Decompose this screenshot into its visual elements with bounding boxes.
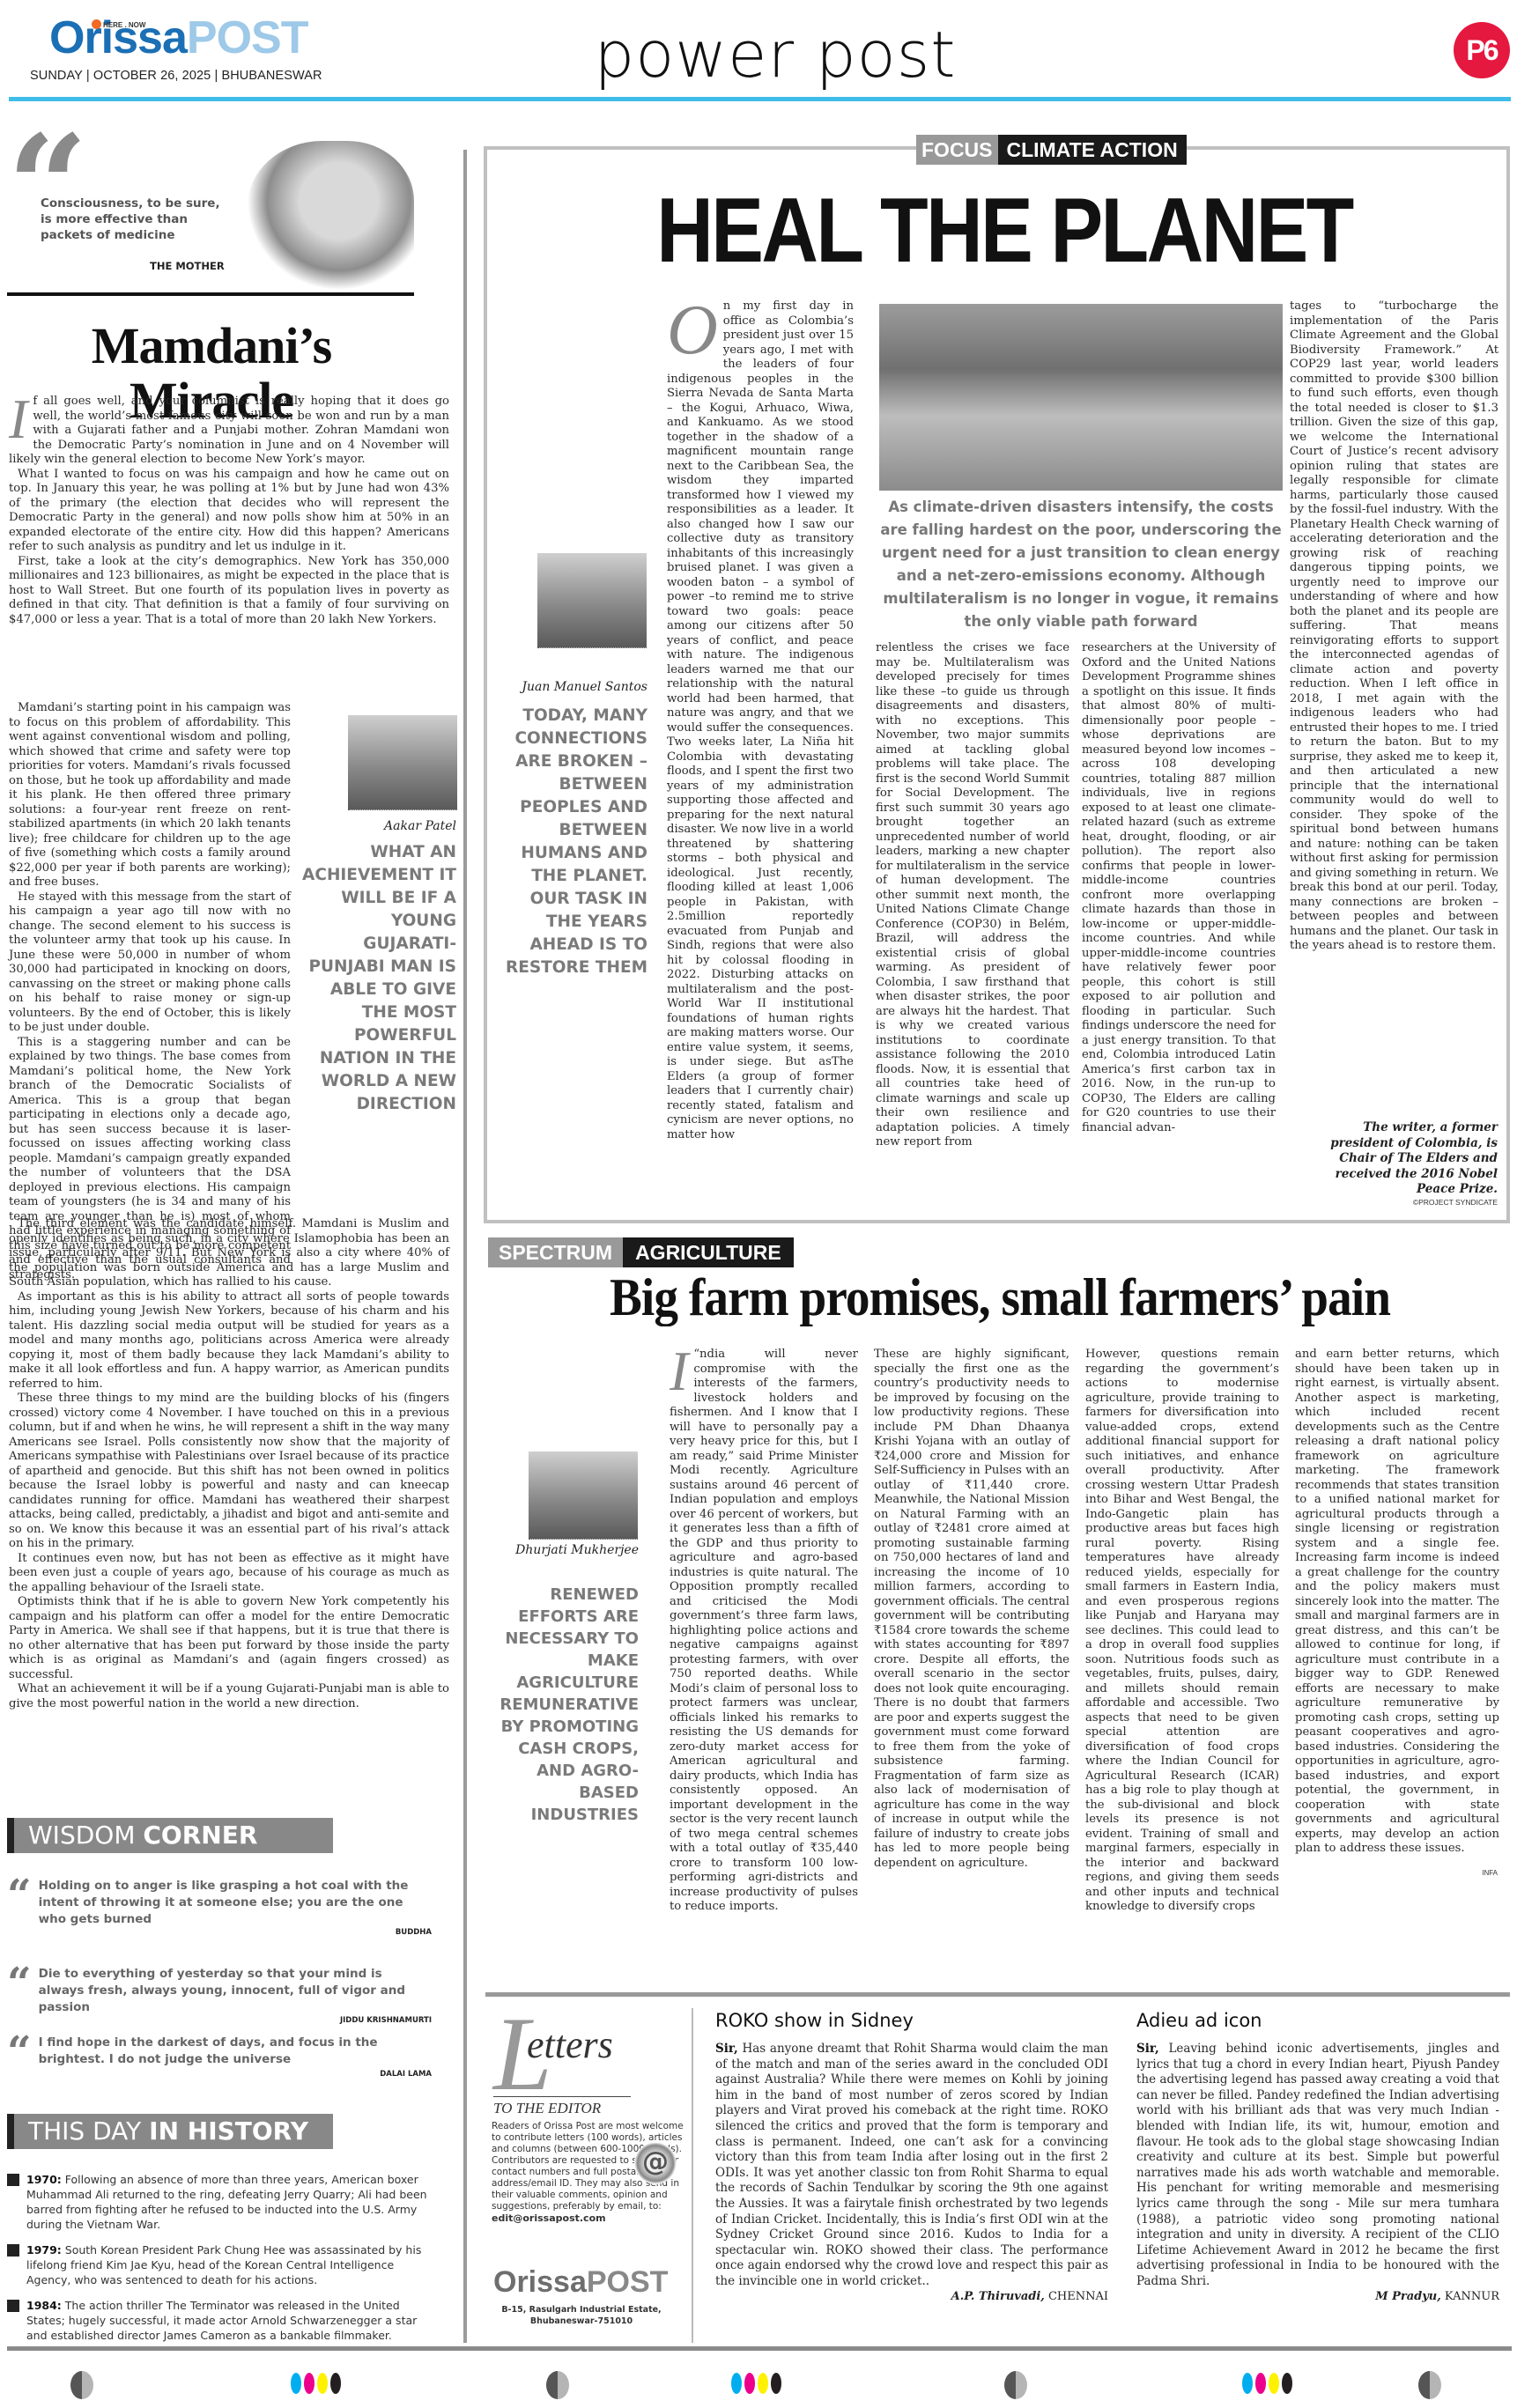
magenta-dot-icon (744, 2373, 755, 2394)
registration-mark-icon (1004, 2371, 1027, 2399)
black-dot-icon (1282, 2373, 1292, 2394)
bullet-icon (7, 2244, 19, 2257)
credit: INFA (1445, 1869, 1498, 1877)
wisdom-quote-text: I find hope in the darkest of days, and … (39, 2035, 432, 2070)
paragraph: First, take a look at the city’s demogra… (9, 555, 449, 628)
letter-title: Adieu ad icon (1136, 2010, 1499, 2031)
magenta-dot-icon (304, 2373, 314, 2394)
wisdom-quote: “ Die to everything of yesterday so that… (7, 1966, 432, 2025)
dateline: SUNDAY | OCTOBER 26, 2025 | BHUBANESWAR (30, 69, 322, 83)
quote-author: THE MOTHER (150, 260, 225, 272)
letters-underline (493, 2096, 631, 2097)
header-bold: IN HISTORY (149, 2116, 308, 2146)
climate-headline: HEAL THE PLANET (625, 187, 1383, 275)
bullet-icon (7, 2300, 19, 2312)
letters-divider (692, 2008, 693, 2343)
agri-col-1: I “ndia will never compromise with the i… (670, 1348, 858, 1915)
author-photo-aakar-patel (348, 715, 457, 810)
pull-quote: WHAT AN ACHIEVEMENT IT WILL BE IF A YOUN… (300, 841, 456, 1116)
climate-section-tag: FOCUS CLIMATE ACTION (916, 135, 1187, 165)
letter-text: Has anyone dreamt that Rohit Sharma woul… (715, 2042, 1108, 2288)
signer: A.P. Thiruvadi, (951, 2290, 1045, 2303)
mamdani-article-continued: The third element was the candidate hims… (9, 1217, 449, 1711)
agri-col-4: and earn better returns, which should ha… (1295, 1348, 1499, 1857)
quote-mark-icon: “ (7, 1878, 32, 1928)
header-bold: CORNER (143, 1821, 257, 1850)
author-name: Aakar Patel (300, 819, 456, 833)
letter-item: ROKO show in Sidney Sir, Has anyone drea… (715, 2010, 1108, 2303)
history-item: 1970: Following an absence of more than … (7, 2172, 439, 2232)
dropcap: I (670, 1349, 688, 1393)
photo-caption: As climate-driven disasters intensify, t… (879, 496, 1283, 633)
paragraph: He stayed with this message from the sta… (9, 890, 291, 1036)
quote-rule (7, 292, 414, 296)
history-item: 1984: The action thriller The Terminator… (7, 2298, 439, 2343)
wisdom-quote-author: DALAI LAMA (7, 2070, 432, 2079)
cmyk-marks (1242, 2373, 1292, 2394)
orissapost-footer-logo: OrissaPOST (493, 2265, 668, 2300)
paragraph: It continues even now, but has not been … (9, 1552, 449, 1596)
letter-body: Sir, Has anyone dreamt that Rohit Sharma… (715, 2042, 1108, 2290)
author-name: Dhurjati Mukherjee (493, 1543, 639, 1557)
letter-item: Adieu ad icon Sir, Leaving behind iconic… (1136, 2010, 1499, 2303)
wisdom-quote-text: Holding on to anger is like grasping a h… (39, 1878, 432, 1928)
black-dot-icon (771, 2373, 781, 2394)
header-light: WISDOM (28, 1821, 143, 1850)
climate-col-4: tages to “turbocharge the implementation… (1290, 299, 1498, 954)
paragraph: These three things to my mind are the bu… (9, 1392, 449, 1552)
pull-quote: RENEWED EFFORTS ARE NECESSARY TO MAKE AG… (493, 1584, 639, 1826)
orissapost-logo[interactable]: OrissaPOST (49, 16, 307, 60)
logo-dot-icon (92, 19, 101, 29)
black-dot-icon (330, 2373, 341, 2394)
climate-col-1: O n my first day in office as Colombia’s… (667, 299, 854, 1142)
paragraph: The third element was the candidate hims… (9, 1217, 449, 1290)
logo-primary: Orissa (49, 12, 187, 63)
section-title: power post (564, 19, 987, 90)
yellow-dot-icon (1269, 2373, 1279, 2394)
wisdom-quote-author: BUDDHA (7, 1928, 432, 1937)
letter-title: ROKO show in Sidney (715, 2010, 1108, 2031)
registration-mark-icon (1418, 2371, 1441, 2399)
history-text: South Korean President Park Chung Hee wa… (26, 2243, 421, 2286)
letters-email-link[interactable]: edit@orissapost.com (492, 2212, 685, 2224)
yellow-dot-icon (758, 2373, 768, 2394)
paragraph: What an achievement it will be if a youn… (9, 1682, 449, 1711)
wisdom-quote: “ I find hope in the darkest of days, an… (7, 2035, 432, 2079)
bullet-icon (7, 2174, 19, 2186)
page-number-badge: P6 (1454, 22, 1510, 78)
pull-quote: TODAY, MANY CONNECTIONS ARE BROKEN – BET… (502, 705, 647, 979)
author-name: Juan Manuel Santos (493, 680, 647, 694)
cyan-dot-icon (1242, 2373, 1253, 2394)
author-photo-the-mother (247, 141, 414, 291)
paragraph: Optimists think that if he is able to go… (9, 1595, 449, 1682)
letter-body: Sir, Leaving behind iconic advertisement… (1136, 2042, 1499, 2290)
tag-topic: CLIMATE ACTION (998, 135, 1187, 165)
wisdom-corner-header: WISDOM CORNER (7, 1818, 333, 1853)
column-divider (463, 150, 467, 2343)
agri-headline: Big farm promises, small farmers’ pain (534, 1268, 1466, 1326)
header-rule (9, 97, 1511, 101)
climate-col-2: relentless the crises we face may be. Mu… (876, 641, 1069, 1150)
logo-primary: Orissa (493, 2265, 587, 2299)
wisdom-quote-author: JIDDU KRISHNAMURTI (7, 2016, 432, 2025)
letter-signature: M Pradyu, KANNUR (1136, 2290, 1499, 2303)
wisdom-quote-text: Die to everything of yesterday so that y… (39, 1966, 432, 2016)
history-list: 1970: Following an absence of more than … (7, 2172, 439, 2343)
dropcap: I (9, 396, 27, 442)
letters-rule (485, 1992, 1510, 1997)
letter-text: Leaving behind iconic advertisements, ji… (1136, 2042, 1499, 2288)
history-text: Following an absence of more than three … (26, 2173, 427, 2231)
header-light: THIS DAY (28, 2116, 149, 2146)
paragraph: What I wanted to focus on was his campai… (9, 468, 449, 555)
mamdani-article-intro: I f all goes well, and your columnist is… (9, 395, 449, 627)
email-at-icon: @ (634, 2142, 677, 2184)
magenta-dot-icon (1255, 2373, 1266, 2394)
credit: ©PROJECT SYNDICATE (1374, 1198, 1498, 1207)
signer: M Pradyu, (1375, 2290, 1441, 2303)
history-item: 1979: South Korean President Park Chung … (7, 2242, 439, 2287)
author-photo-dhurjati-mukherjee (529, 1451, 638, 1540)
registration-mark-icon (70, 2371, 93, 2399)
place: KANNUR (1441, 2290, 1499, 2303)
quote-mark-icon: “ (7, 1966, 32, 2016)
place: CHENNAI (1045, 2290, 1108, 2303)
letters-logo-rest: etters (527, 2022, 613, 2067)
history-year: 1979: (26, 2243, 62, 2257)
agri-col-3: However, questions remain regarding the … (1085, 1348, 1279, 1915)
logo-secondary: POST (187, 12, 308, 63)
climate-col-3: researchers at the University of Oxford … (1082, 641, 1276, 1135)
this-day-header: THIS DAY IN HISTORY (7, 2114, 333, 2149)
letters-address: B-15, Rasulgarh Industrial Estate, Bhuba… (493, 2304, 670, 2327)
history-year: 1984: (26, 2299, 62, 2312)
letter-salutation: Sir, (715, 2042, 738, 2056)
registration-mark-icon (546, 2371, 569, 2399)
cmyk-marks (731, 2373, 781, 2394)
paragraph: f all goes well, and your columnist is r… (9, 395, 449, 468)
agri-col-2: These are highly significant, specially … (874, 1348, 1069, 1871)
paragraph: As important as this is his ability to a… (9, 1290, 449, 1392)
tag-section: FOCUS (916, 135, 998, 165)
cyan-dot-icon (291, 2373, 301, 2394)
cyan-dot-icon (731, 2373, 742, 2394)
letter-signature: A.P. Thiruvadi, CHENNAI (715, 2290, 1108, 2303)
tag-section: SPECTRUM (488, 1237, 623, 1267)
mamdani-article-body: Mamdani’s starting point in his campaign… (9, 701, 291, 1282)
tag-topic: AGRICULTURE (623, 1237, 794, 1267)
yellow-dot-icon (317, 2373, 328, 2394)
dropcap: O (667, 301, 718, 359)
logo-secondary: POST (587, 2265, 669, 2299)
agri-section-tag: SPECTRUM AGRICULTURE (488, 1237, 794, 1267)
letters-subtitle: TO THE EDITOR (493, 2100, 601, 2117)
footer-rule (7, 2346, 1512, 2351)
quote-text: Consciousness, to be sure, is more effec… (41, 196, 230, 243)
writer-note: The writer, a former president of Colomb… (1304, 1120, 1498, 1198)
cmyk-marks (291, 2373, 341, 2394)
wisdom-quote: “ Holding on to anger is like grasping a… (7, 1878, 432, 1937)
quote-mark-icon: “ (7, 2035, 32, 2070)
history-year: 1970: (26, 2173, 62, 2186)
letter-salutation: Sir, (1136, 2042, 1159, 2056)
column-text: n my first day in office as Colombia’s p… (667, 299, 854, 1141)
history-text: The action thriller The Terminator was r… (26, 2299, 417, 2342)
paragraph: Mamdani’s starting point in his campaign… (9, 701, 291, 890)
author-photo-juan-manuel-santos (537, 553, 647, 648)
flood-photo (879, 304, 1283, 491)
logo-tagline: HERE . NOW (103, 21, 145, 29)
column-text: “ndia will never compromise with the int… (670, 1348, 858, 1913)
